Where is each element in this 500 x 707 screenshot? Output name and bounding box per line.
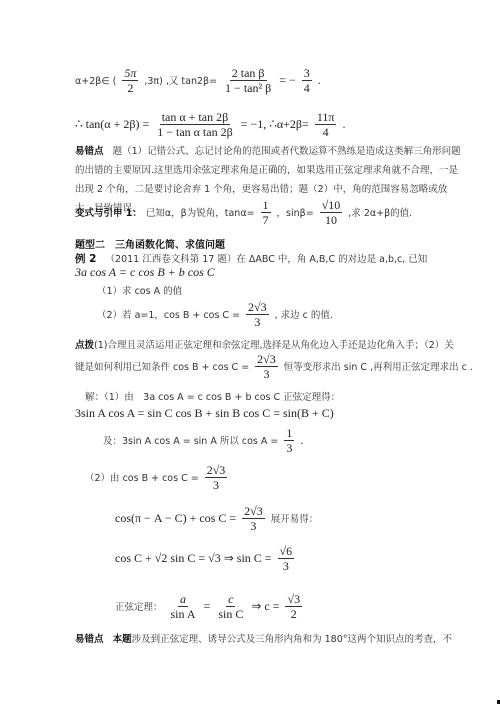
numerator: 5π (122, 66, 138, 81)
formula-line-1: α+2β∈ ( 5π2 ,3π) ,又 tan2β= 2 tan β1 − ta… (75, 66, 321, 95)
numerator: 11π (315, 110, 337, 125)
fraction: √63 (278, 544, 295, 573)
numerator: √6 (278, 544, 295, 559)
denominator: 3 (211, 478, 221, 492)
solution-step-1: 解：（1）由 3a cos A = c cos B + b cos C 正弦定理… (85, 389, 340, 403)
text: ,3π) ,又 tan2β= (144, 76, 217, 87)
denominator: 1 − tan² β (223, 81, 273, 95)
numerator: 2√3 (242, 504, 265, 519)
fraction: csin C (216, 592, 245, 621)
numerator: 2√3 (255, 352, 278, 367)
text: cos C + √2 sin C = √3 ⇒ sin C = (115, 551, 272, 565)
section-title: 题型二 三角函数化简、求值问题 (75, 236, 225, 251)
fraction: 17 (261, 198, 271, 227)
error-note-label: 易错点 (75, 634, 104, 645)
numerator: 1 (261, 198, 271, 213)
solution-step-4: （2）由 cos B + cos C = 2√33 (85, 463, 229, 492)
text: （2）若 a=1，cos B + cos C = (97, 310, 240, 321)
hint-text: (1)合理且灵活运用正弦定理和余弦定理,选择是从角化边入手还是边化角入手；（2）… (94, 340, 454, 351)
fraction: √1010 (320, 198, 343, 227)
numerator: √10 (320, 198, 343, 213)
variant-label: 变式与引申 1： (75, 208, 142, 219)
denominator: 10 (323, 213, 339, 227)
numerator: 2√3 (205, 463, 228, 478)
denominator: 4 (302, 81, 312, 95)
fraction: 5π2 (122, 66, 138, 95)
fraction: 2√33 (242, 504, 265, 533)
error-note-text: 涉及到正弦定理、诱导公式及三角形内角和为 180°这两个知识点的考查，不 (132, 634, 452, 645)
denominator: sin C (216, 607, 245, 621)
numerator: 2√3 (246, 300, 269, 315)
text: 正弦定理： (115, 602, 163, 613)
text: ∴ tan(α + 2β) = (75, 117, 149, 131)
fraction: asin A (169, 592, 198, 621)
fraction: 2√33 (246, 300, 269, 329)
text: ，sinβ= (277, 208, 314, 219)
numerator: 2 tan β (230, 66, 267, 81)
error-note-label: 易错点 (75, 146, 104, 157)
example-text: （2011 江西卷文科第 17 题）在 ΔABC 中，角 A,B,C 的对边是 … (106, 254, 428, 265)
fraction: 2 tan β1 − tan² β (223, 66, 273, 95)
text: cos(π − A − C) + cos C = (115, 511, 236, 525)
denominator: 4 (321, 125, 331, 139)
denominator: sin A (169, 607, 198, 621)
solution-step-6: cos C + √2 sin C = √3 ⇒ sin C = √63 (115, 544, 296, 573)
denominator: 3 (248, 519, 258, 533)
error-note-2: 易错点 本题涉及到正弦定理、诱导公式及三角形内角和为 180°这两个知识点的考查… (75, 631, 452, 645)
solution-step-3: 及：3sin A cos A = sin A 所以 cos A = 13 . (103, 426, 303, 455)
text: ,求 2α+β的值. (348, 208, 412, 219)
denominator: 3 (261, 367, 271, 381)
hint-line-1: 点拨(1)合理且灵活运用正弦定理和余弦定理,选择是从角化边入手还是边化角入手；（… (75, 337, 454, 351)
denominator: 3 (281, 559, 291, 573)
example-2-question-1: （1）求 cos A 的值 (97, 283, 182, 297)
fraction: √32 (285, 592, 302, 621)
fraction: tan α + tan 2β1 − tan α tan 2β (155, 110, 234, 139)
example-2-question-2: （2）若 a=1，cos B + cos C = 2√33 , 求边 c 的值. (97, 300, 333, 329)
text: = (204, 599, 211, 613)
error-note-emphasis: 本题 (113, 634, 132, 645)
denominator: 3 (252, 315, 262, 329)
solution-step-2: 3sin A cos A = sin C cos B + sin B cos C… (75, 406, 334, 421)
text: 已知α，β为锐角，tanα= (146, 208, 255, 219)
example-2-given: 3a cos A = c cos B + b cos C (75, 265, 215, 280)
denominator: 7 (261, 213, 271, 227)
text: . (300, 433, 303, 447)
fraction: 13 (284, 426, 294, 455)
formula-line-2: ∴ tan(α + 2β) = tan α + tan 2β1 − tan α … (75, 110, 345, 139)
text: = −1, ∴α+2β= (241, 117, 309, 131)
example-2-header: 例 2 （2011 江西卷文科第 17 题）在 ΔABC 中，角 A,B,C 的… (75, 251, 427, 266)
text: 及：3sin A cos A = sin A 所以 cos A = (103, 436, 278, 447)
numerator: a (178, 592, 188, 607)
text: , 求边 c 的值. (275, 310, 333, 321)
numerator: tan α + tan 2β (160, 110, 230, 125)
fraction: 34 (302, 66, 312, 95)
text: . (318, 73, 321, 87)
text: 恒等变形求出 sin C ,再利用正弦定理求出 c . (284, 362, 473, 373)
denominator: 3 (284, 441, 294, 455)
text: （2）由 cos B + cos C = (85, 473, 199, 484)
hint-label: 点拨 (75, 340, 94, 351)
solution-step-7: 正弦定理： asin A = csin C ⇒ c = √32 (115, 592, 304, 621)
fraction: 2√33 (205, 463, 228, 492)
denominator: 1 − tan α tan 2β (155, 125, 234, 139)
fraction: 11π4 (315, 110, 337, 139)
example-label: 例 2 (75, 253, 96, 265)
numerator: c (226, 592, 235, 607)
text: = − (279, 73, 296, 87)
numerator: 3 (302, 66, 312, 81)
denominator: 2 (125, 81, 135, 95)
variant-1: 变式与引申 1： 已知α，β为锐角，tanα= 17 ，sinβ= √1010 … (75, 198, 412, 227)
text: α+2β∈ ( (75, 76, 116, 87)
text: . (342, 117, 345, 131)
text: 键是如何利用已知条件 cos B + cos C = (75, 362, 249, 373)
hint-line-2: 键是如何利用已知条件 cos B + cos C = 2√33 恒等变形求出 s… (75, 352, 473, 381)
numerator: √3 (285, 592, 302, 607)
numerator: 1 (284, 426, 294, 441)
fraction: 2√33 (255, 352, 278, 381)
denominator: 2 (289, 607, 299, 621)
text: ⇒ c = (251, 599, 279, 613)
solution-step-5: cos(π − A − C) + cos C = 2√33 展开易得： (115, 504, 318, 533)
text: 展开易得： (271, 514, 319, 525)
